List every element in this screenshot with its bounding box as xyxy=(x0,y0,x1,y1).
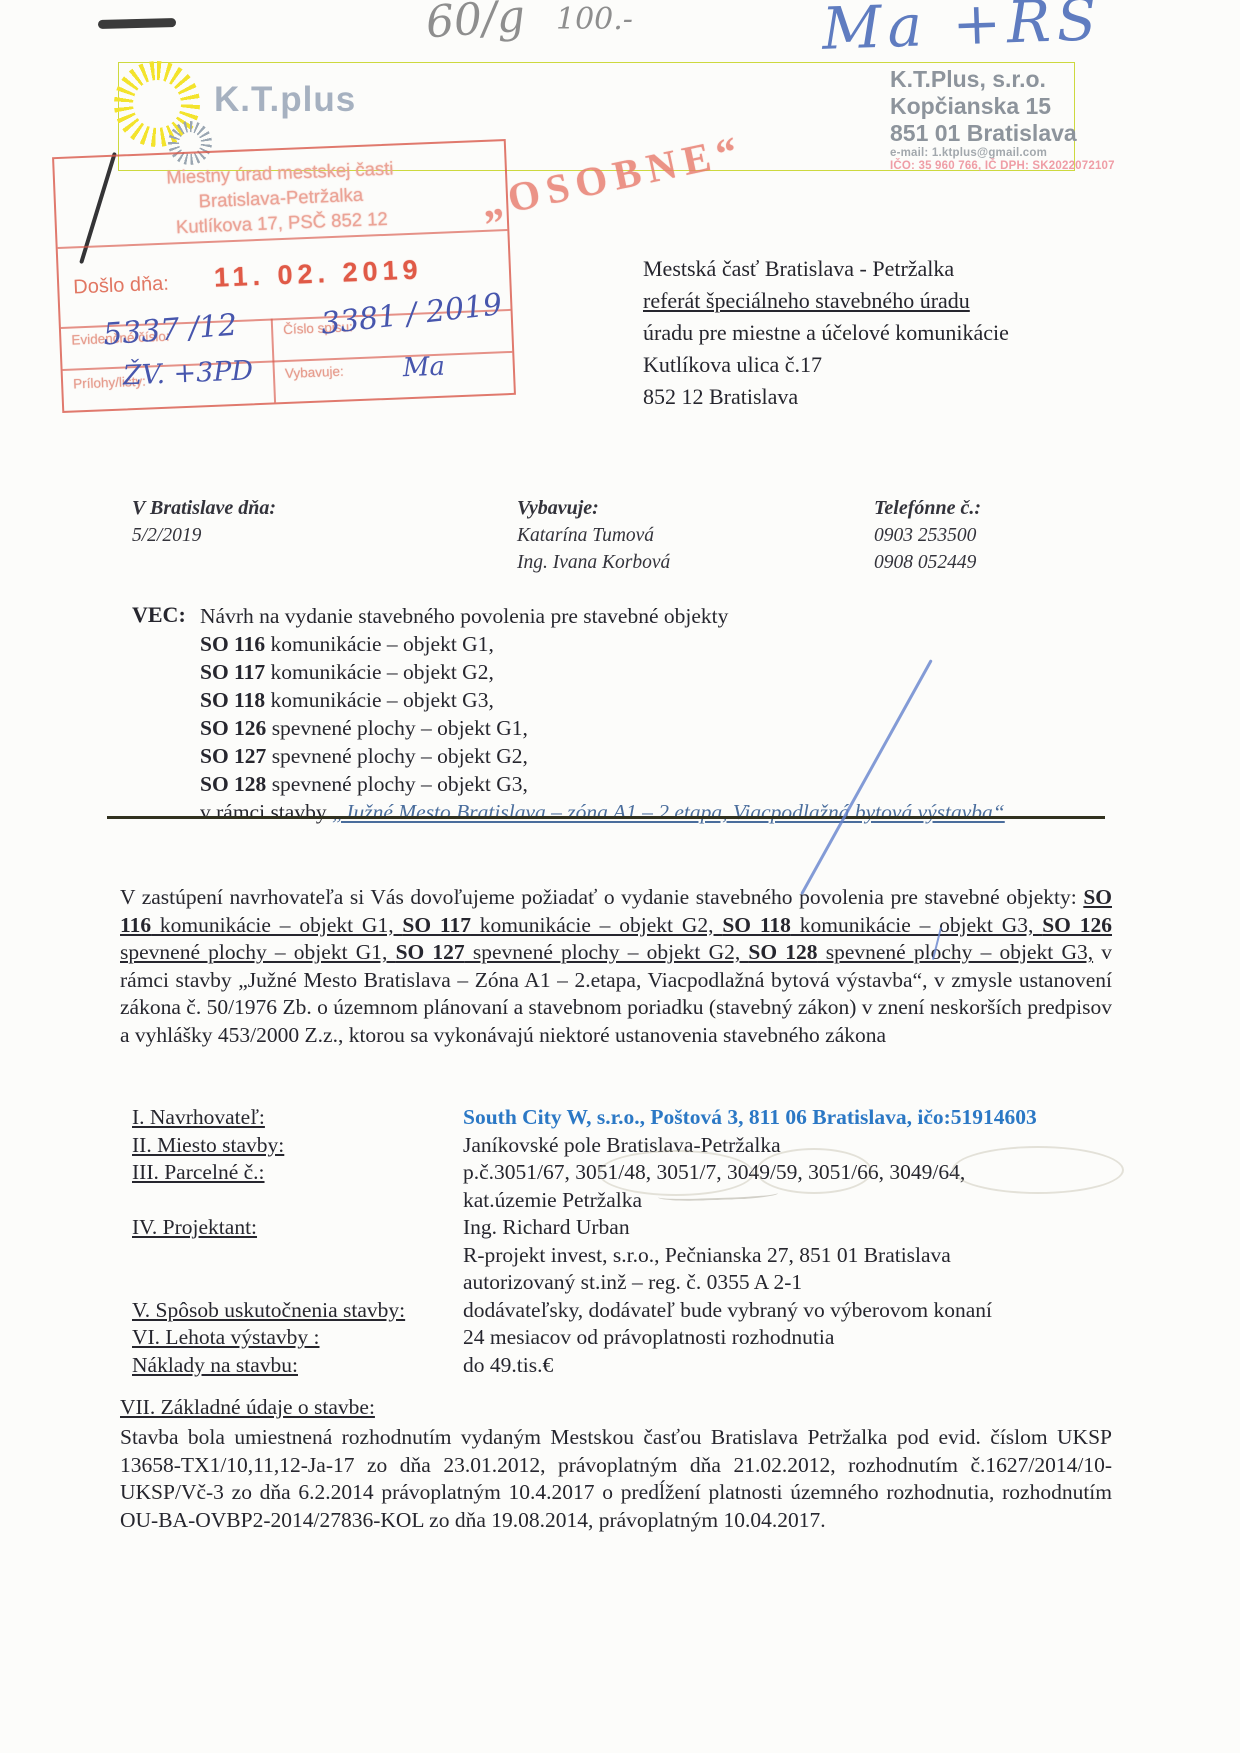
so-desc: spevnené plochy – objekt G2, xyxy=(266,744,528,768)
subject-item: SO 128 spevnené plochy – objekt G3, xyxy=(200,770,1060,798)
stamp-handler-label: Vybavuje: xyxy=(285,364,344,381)
so-code: SO 128 xyxy=(200,772,266,796)
meta-handlers: Vybavuje: Katarína Tumová Ing. Ivana Kor… xyxy=(517,495,670,576)
company-address-block: K.T.Plus, s.r.o. Kopčianska 15 851 01 Br… xyxy=(890,66,1115,173)
recipient-line1: Mestská časť Bratislava - Petržalka xyxy=(643,253,1009,285)
paragraph-segment: komunikácie – objekt G2, xyxy=(471,913,722,937)
horizontal-rule xyxy=(107,816,1105,819)
meta-handler-1: Katarína Tumová xyxy=(517,522,670,549)
pen-annotation-initials: Ma +RS xyxy=(821,0,1104,63)
subject-item: SO 118 komunikácie – objekt G3, xyxy=(200,686,1060,714)
handwritten-attachments: ŽV. +3PD xyxy=(122,355,253,391)
pencil-circle-mark xyxy=(756,1148,872,1194)
request-paragraph: V zastúpení navrhovateľa si Vás dovoľuje… xyxy=(120,884,1112,1050)
meta-phone-2: 0908 052449 xyxy=(874,549,981,576)
paragraph-segment: komunikácie – objekt G1, xyxy=(151,913,402,937)
details-row-cost: Náklady na stavbu: do 49.tis.€ xyxy=(132,1352,1112,1380)
company-street: Kopčianska 15 xyxy=(890,93,1115,120)
paragraph-segment: SO 127 xyxy=(396,940,465,964)
pen-mark-dash xyxy=(98,18,176,29)
subject-closing: v rámci stavby „Južné Mesto Bratislava –… xyxy=(200,798,1060,826)
so-desc: spevnené plochy – objekt G3, xyxy=(266,772,528,796)
so-code: SO 117 xyxy=(200,660,265,684)
subject-item: SO 127 spevnené plochy – objekt G2, xyxy=(200,742,1060,770)
stamp-received-label: Došlo dňa: xyxy=(73,273,169,300)
paragraph-segment: SO 126 xyxy=(1042,913,1112,937)
paragraph-segment: spevnené plochy – objekt G3, xyxy=(818,940,1094,964)
recipient-line4: Kutlíkova ulica č.17 xyxy=(643,349,1009,381)
applicant-value: South City W, s.r.o., Poštová 3, 811 06 … xyxy=(463,1104,1112,1132)
pencil-annotation-amount: 100.- xyxy=(556,2,633,37)
company-email: e-mail: 1.ktplus@gmail.com xyxy=(890,147,1115,160)
details-label: Náklady na stavbu: xyxy=(132,1352,463,1380)
meta-phones: Telefónne č.: 0903 253500 0908 052449 xyxy=(874,495,981,576)
scanned-letter-page: 60/g 100.- Ma +RS K.T.plus K.T.Plus, s.r… xyxy=(0,0,1240,1753)
so-code: SO 127 xyxy=(200,744,266,768)
pencil-circle-mark xyxy=(952,1146,1124,1194)
pencil-annotation-fee: 60/g xyxy=(424,0,526,48)
duration-value: 24 mesiacov od právoplatnosti rozhodnuti… xyxy=(463,1324,1112,1352)
details-row-site: II. Miesto stavby: Janíkovské pole Brati… xyxy=(132,1132,1112,1160)
section7-heading: VII. Základné údaje o stavbe: xyxy=(120,1395,375,1420)
details-row-designer: IV. Projektant: Ing. Richard Urban R-pro… xyxy=(132,1214,1112,1297)
so-desc: komunikácie – objekt G2, xyxy=(265,660,494,684)
paragraph-segment: komunikácie – objekt G3, xyxy=(791,913,1042,937)
paragraph-segment: spevnené plochy – objekt G1, xyxy=(120,940,396,964)
meta-handler-label: Vybavuje: xyxy=(517,497,599,519)
details-section: I. Navrhovateľ: South City W, s.r.o., Po… xyxy=(132,1104,1112,1379)
meta-phone-1: 0903 253500 xyxy=(874,522,981,549)
subject-item: SO 126 spevnené plochy – objekt G1, xyxy=(200,714,1060,742)
details-label: III. Parcelné č.: xyxy=(132,1159,463,1214)
cost-value: do 49.tis.€ xyxy=(463,1352,1112,1380)
meta-place-label: V Bratislave dňa: xyxy=(132,497,276,519)
recipient-line3: úradu pre miestne a účelové komunikácie xyxy=(643,317,1009,349)
so-code: SO 116 xyxy=(200,632,265,656)
details-row-method: V. Spôsob uskutočnenia stavby: dodávateľ… xyxy=(132,1297,1112,1325)
details-label: II. Miesto stavby: xyxy=(132,1132,463,1160)
recipient-address-block: Mestská časť Bratislava - Petržalka refe… xyxy=(643,253,1009,413)
designer-registration: autorizovaný st.inž – reg. č. 0355 A 2-1 xyxy=(463,1269,1112,1297)
company-name: K.T.Plus, s.r.o. xyxy=(890,66,1115,93)
ktplus-logo-text: K.T.plus xyxy=(214,80,356,120)
so-desc: komunikácie – objekt G1, xyxy=(265,632,494,656)
subject-block: Návrh na vydanie stavebného povolenia pr… xyxy=(200,602,1060,826)
subject-intro: Návrh na vydanie stavebného povolenia pr… xyxy=(200,602,1060,630)
details-label: V. Spôsob uskutočnenia stavby: xyxy=(132,1297,463,1325)
paragraph-segment: SO 117 xyxy=(402,913,471,937)
so-desc: komunikácie – objekt G3, xyxy=(265,688,494,712)
details-label: IV. Projektant: xyxy=(132,1214,463,1297)
meta-phone-label: Telefónne č.: xyxy=(874,497,981,519)
paragraph-segment: SO 118 xyxy=(722,913,791,937)
paragraph-segment: V zastúpení navrhovateľa si Vás dovoľuje… xyxy=(120,885,1083,909)
company-city: 851 01 Bratislava xyxy=(890,120,1115,147)
meta-handler-2: Ing. Ivana Korbová xyxy=(517,549,670,576)
details-row-duration: VI. Lehota výstavby : 24 mesiacov od prá… xyxy=(132,1324,1112,1352)
details-label: VI. Lehota výstavby : xyxy=(132,1324,463,1352)
so-code: SO 118 xyxy=(200,688,265,712)
so-desc: spevnené plochy – objekt G1, xyxy=(266,716,528,740)
meta-place-date: V Bratislave dňa: 5/2/2019 xyxy=(132,495,276,549)
received-stamp: Miestny úrad mestskej časti Bratislava-P… xyxy=(52,139,516,413)
designer-company: R-projekt invest, s.r.o., Pečnianska 27,… xyxy=(463,1242,1112,1270)
subject-label: VEC: xyxy=(132,602,186,628)
company-registration: IČO: 35 960 766, IČ DPH: SK2022072107 xyxy=(890,160,1115,173)
paragraph-segment: SO 128 xyxy=(748,940,817,964)
project-title-quote: „Južné Mesto Bratislava – zóna A1 – 2.et… xyxy=(332,800,1005,824)
section7-paragraph: Stavba bola umiestnená rozhodnutím vydan… xyxy=(120,1424,1112,1534)
designer-name: Ing. Richard Urban xyxy=(463,1214,1112,1242)
subject-item: SO 116 komunikácie – objekt G1, xyxy=(200,630,1060,658)
stamp-office-address: Miestny úrad mestskej časti Bratislava-P… xyxy=(54,141,507,249)
subject-closing-prefix: v rámci stavby xyxy=(200,800,332,824)
so-code: SO 126 xyxy=(200,716,266,740)
method-value: dodávateľsky, dodávateľ bude vybraný vo … xyxy=(463,1297,1112,1325)
recipient-line2: referát špeciálneho stavebného úradu xyxy=(643,285,1009,317)
stamp-received-date: 11. 02. 2019 xyxy=(213,254,423,293)
handwritten-handler: Ma xyxy=(402,352,445,384)
details-label: I. Navrhovateľ: xyxy=(132,1104,463,1132)
meta-place-value: 5/2/2019 xyxy=(132,522,276,549)
recipient-line5: 852 12 Bratislava xyxy=(643,381,1009,413)
details-row-applicant: I. Navrhovateľ: South City W, s.r.o., Po… xyxy=(132,1104,1112,1132)
paragraph-segment: spevnené plochy – objekt G2, xyxy=(465,940,749,964)
